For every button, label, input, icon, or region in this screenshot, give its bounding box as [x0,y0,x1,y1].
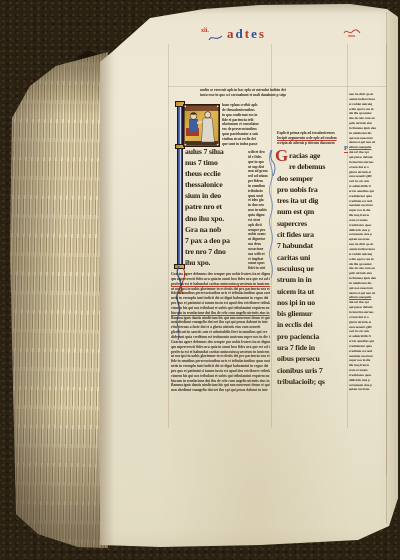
verse-line: re debemus [277,161,346,172]
intercolumn-flourish-icon [267,150,275,282]
gloss-line: scripta ab athenis p titicum diaconem [277,141,346,146]
gloss-line: qm supercrescit fides ura quia in omni l… [171,277,270,282]
verse-line: 7 pax a deo pa [185,235,247,246]
gloss-line: biscum in reuelacione dni ihu de celo cu… [171,311,270,316]
gloss-line: pro quo et patimini si tamen iustu est a… [171,369,270,374]
ruling-line [168,44,169,428]
manuscript-photo: 318 xli. adtes multu se exercuit apls in… [0,0,400,560]
verse-line: pro paciencia [277,331,346,342]
col1-prologue-gloss: multu se exercuit apls in hac epla ut os… [200,88,286,99]
verse-line: strum in in [277,274,346,285]
verse-line: cit fides ura [277,229,346,240]
stacked-page-edges [8,44,108,550]
verse-line: in ecclis dei [277,319,346,330]
gloss-line: Incipit argumentu scde eple ad eosdem [277,136,346,141]
col1-gloss-block: Gracias agere debemus deo semper pro uob… [171,272,270,394]
gloss-line: qm supercrescit fides ura quia in omni l… [171,345,270,350]
verse-line: deo semper [277,173,346,184]
verse-line: caritas uni [277,252,346,263]
verse-line: num est qm [277,206,346,217]
running-title-letter: s [259,26,264,41]
verse-line: dno ihu xpo. [185,213,247,224]
running-title-letter: t [245,26,249,41]
margin-gloss-column: non ita dicit qa dsomnia iudicat iusteet… [349,92,386,395]
verse-line: uscuiusq ue [277,263,346,274]
gloss-line: iustu esse in quo sci coronabunt et mali… [200,93,286,98]
verse-line: ura 7 fide in [277,342,346,353]
running-title-letter: d [236,26,243,41]
verse-line: cionibus uris 7 [277,365,346,376]
verse-line: 7 habundat [277,240,346,251]
running-title: adtes [226,26,265,41]
ruling-line [347,44,348,428]
col2-large-text: racias agere debemusdeo semperpro uobis … [277,150,346,388]
gloss-line: Gracias agere debemus deo semper pro uob… [171,340,270,345]
verse-line: aulus 7 silua [185,146,247,157]
gloss-line: cionem his qui uos tribulant et uobis qu… [171,374,270,379]
verse-line: Gra na nob [185,224,247,235]
running-title-letter: e [251,26,257,41]
running-title-letter: a [227,26,234,41]
verse-line: tres ita ut dig [277,195,346,206]
folio-number-faint: 318 [102,26,122,36]
ruling-line [168,86,386,87]
gloss-line: non obediunt euangelio dni nri ihu xpi q… [171,388,270,393]
pen-flourish-icon [208,32,224,44]
col1-large-text: aulus 7 siluanus 7 timotheus eccliethess… [185,146,247,270]
verse-line: thessalonice [185,179,247,190]
verse-line: sium in deo [185,190,247,201]
verse-line: tre nro 7 dno [185,246,247,257]
verse-line: racias age [277,150,346,161]
verse-line: nos ipi in uo [277,297,346,308]
parchment-page: 318 xli. adtes multu se exercuit apls in… [100,4,398,548]
verse-line: pro uobis fra [277,184,346,195]
verse-line: theus ecclie [185,168,247,179]
verse-line: patre nro et [185,201,247,212]
red-scribble-icon [343,26,367,38]
verse-line: nus 7 timo [185,157,247,168]
col2-rubric: Explicit prima epla ad tessalonicensesIn… [277,131,346,146]
verse-line: oibus persecu [277,353,346,364]
page-fore-edge [386,12,398,524]
col1-gloss-beside-miniature: hanc eplam scribit aplsde thessalonicens… [222,103,270,149]
verse-line: uicem ita ut [277,286,346,297]
gloss-line: eplam nostram [349,387,386,392]
ruling-line [386,44,387,474]
margin-initial-p: P [344,145,348,153]
verse-line: supercres [277,218,346,229]
verse-line: tribulacioib; qs [277,376,346,387]
gloss-line: profecta est et habundat caritas uniuscu… [171,282,270,287]
verse-line: bis gliemur [277,308,346,319]
historiated-initial-miniature [183,104,220,147]
